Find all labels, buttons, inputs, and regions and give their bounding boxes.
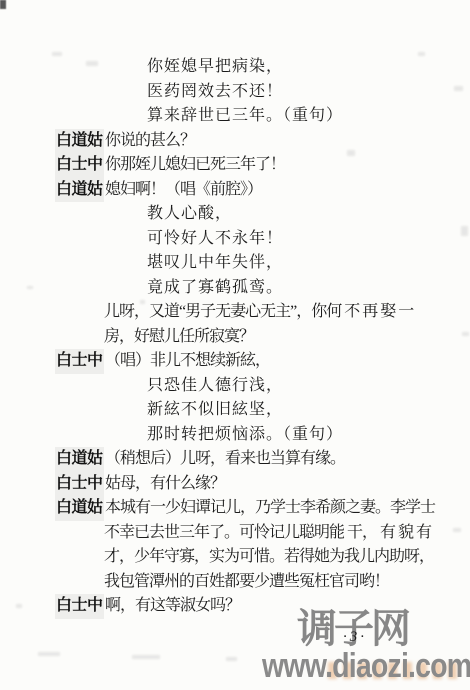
line-text: 不幸已去世三年了。可怜记儿聪明能 干， 有 貌 有 — [104, 521, 431, 546]
speaker-name: 白士中 — [55, 594, 104, 619]
verse-line: 你姪媳早把病染， — [0, 55, 470, 80]
line-text: 算来辞世已三年。（重句） — [147, 104, 343, 129]
line-text: 医药罔效去不还！ — [147, 80, 283, 105]
line-text: 你说的甚么？ — [105, 129, 195, 154]
verse-line: 新絃不似旧絃坚， — [0, 398, 470, 423]
line-text: 本城有一少妇谭记儿，乃学士李希颜之妻。李学士 — [105, 496, 435, 521]
scan-speck — [347, 150, 355, 156]
scan-speck — [52, 52, 62, 56]
speaker-name: 白道姑 — [55, 178, 104, 203]
line-text: 你姪媳早把病染， — [147, 55, 283, 80]
line-text: 姑母，有什么缘？ — [105, 472, 225, 497]
scan-corner-mark — [0, 0, 6, 9]
dialogue-line: 白士中（唱）非儿不想续新絃， — [0, 349, 470, 374]
line-text: 儿呀，又道“男子无妻心无主”，你何 不 再 娶 一 — [104, 300, 413, 325]
continuation-line: 儿呀，又道“男子无妻心无主”，你何 不 再 娶 一 — [0, 300, 470, 325]
script-body: 你姪媳早把病染，医药罔效去不还！算来辞世已三年。（重句）白道姑你说的甚么？白士中… — [0, 55, 470, 619]
speaker-name: 白道姑 — [55, 496, 104, 521]
watermark-site-url: www.diaozi.com — [262, 648, 470, 684]
scan-speck — [453, 528, 461, 532]
scan-speck — [418, 52, 425, 56]
line-text: （稍想后）儿呀，看来也当算有缘。 — [105, 447, 345, 472]
line-text: （唱）非儿不想续新絃， — [105, 349, 270, 374]
page-number: ·3· — [343, 629, 367, 646]
scan-speck — [462, 332, 469, 336]
verse-line: 可怜好人不永年！ — [0, 227, 470, 252]
speaker-name: 白士中 — [55, 472, 104, 497]
scan-speck — [27, 286, 33, 289]
dialogue-line: 白道姑（稍想后）儿呀，看来也当算有缘。 — [0, 447, 470, 472]
scan-speck — [454, 86, 463, 91]
line-text: 啊，有这等淑女吗？ — [105, 594, 240, 619]
line-text: 你那姪儿媳妇已死三年了！ — [105, 153, 285, 178]
line-text: 只恐佳人德行浅， — [147, 374, 283, 399]
dialogue-line: 白士中姑母，有什么缘？ — [0, 472, 470, 497]
line-text: 我包管潭州的百姓都要少遭些冤枉官司哟！ — [104, 570, 389, 595]
verse-line: 只恐佳人德行浅， — [0, 374, 470, 399]
dialogue-line: 白道姑本城有一少妇谭记儿，乃学士李希颜之妻。李学士 — [0, 496, 470, 521]
line-text: 才，少年守寡，实为可惜。若得她为我儿内助呀， — [104, 545, 434, 570]
line-text: 可怜好人不永年！ — [147, 227, 283, 252]
speaker-name: 白士中 — [55, 153, 104, 178]
verse-line: 堪叹儿中年失伴， — [0, 251, 470, 276]
verse-line: 教人心酸， — [0, 202, 470, 227]
continuation-line: 我包管潭州的百姓都要少遭些冤枉官司哟！ — [0, 570, 470, 595]
speaker-name: 白道姑 — [55, 447, 104, 472]
continuation-line: 不幸已去世三年了。可怜记儿聪明能 干， 有 貌 有 — [0, 521, 470, 546]
verse-line: 那时转把烦恼添。（重句） — [0, 423, 470, 448]
line-text: 房，好慰儿任所寂寞？ — [104, 325, 254, 350]
line-text: 教人心酸， — [147, 202, 232, 227]
line-text: 那时转把烦恼添。（重句） — [147, 423, 343, 448]
line-text: 新絃不似旧絃坚， — [147, 398, 283, 423]
continuation-line: 房，好慰儿任所寂寞？ — [0, 325, 470, 350]
speaker-name: 白士中 — [55, 349, 104, 374]
scan-speck — [38, 652, 60, 656]
speaker-name: 白道姑 — [55, 129, 104, 154]
verse-line: 医药罔效去不还！ — [0, 80, 470, 105]
verse-line: 竟成了寡鹤孤鸾。 — [0, 276, 470, 301]
scan-speck — [132, 655, 160, 659]
scanned-script-page: 你姪媳早把病染，医药罔效去不还！算来辞世已三年。（重句）白道姑你说的甚么？白士中… — [0, 0, 470, 690]
scan-speck — [461, 226, 468, 236]
line-text: 竟成了寡鹤孤鸾。 — [147, 276, 283, 301]
scan-speck — [86, 61, 98, 66]
scan-speck — [16, 604, 22, 608]
line-text: 媳妇啊！（唱《前腔》） — [105, 178, 262, 203]
continuation-line: 才，少年守寡，实为可惜。若得她为我儿内助呀， — [0, 545, 470, 570]
scan-speck — [226, 657, 237, 661]
dialogue-line: 白道姑你说的甚么？ — [0, 129, 470, 154]
scan-speck — [140, 300, 145, 304]
line-text: 堪叹儿中年失伴， — [147, 251, 283, 276]
dialogue-line: 白道姑媳妇啊！（唱《前腔》） — [0, 178, 470, 203]
verse-line: 算来辞世已三年。（重句） — [0, 104, 470, 129]
dialogue-line: 白士中你那姪儿媳妇已死三年了！ — [0, 153, 470, 178]
